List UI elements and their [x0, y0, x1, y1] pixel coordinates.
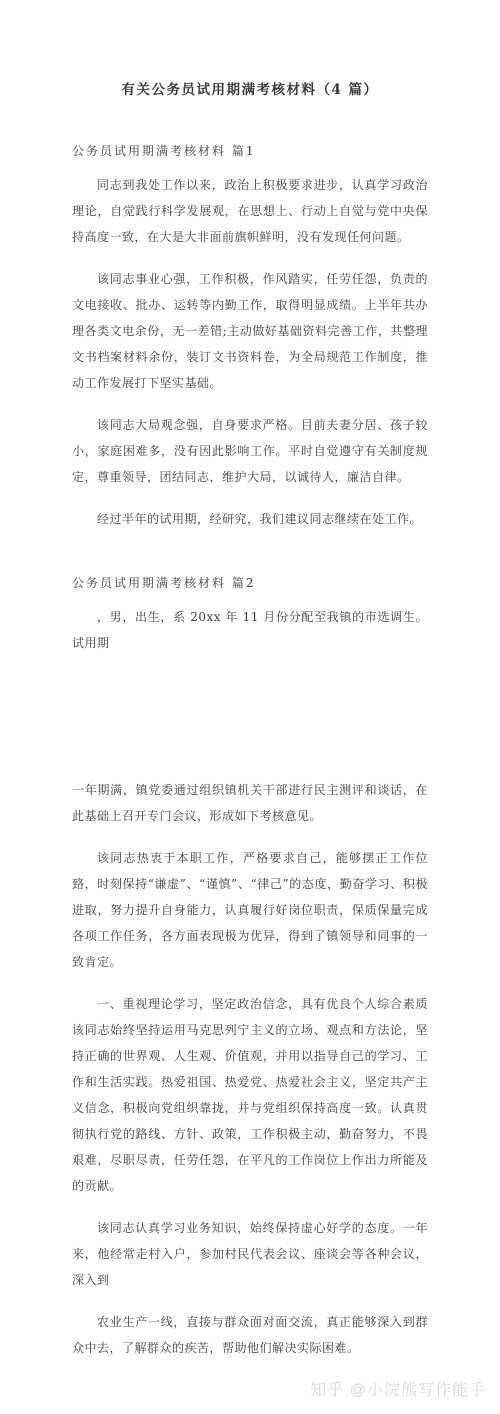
paragraph: 同志到我处工作以来，政治上积极要求进步，认真学习政治理论，自觉践行科学发展观，在…: [72, 172, 428, 250]
paragraph: 经过半年的试用期，经研究，我们建议同志继续在处工作。: [72, 506, 428, 532]
paragraph: 该同志事业心强，工作积极，作风踏实，任劳任怨，负责的文电接收、批办、运转等内勤工…: [72, 266, 428, 396]
paragraph: 该同志大局观念强，自身要求严格。目前夫妻分居、孩子较小，家庭困难多，没有因此影响…: [72, 412, 428, 490]
section-heading: 公务员试用期满考核材料 篇2: [72, 572, 428, 594]
paragraph: 该同志热衷于本职工作，严格要求自己，能够摆正工作位臵，时刻保持“谦虚”、“谨慎”…: [72, 845, 428, 975]
paragraph: 一年期满，镇党委通过组织镇机关干部进行民主测评和谈话，在此基础上召开专门会议，形…: [72, 777, 428, 829]
watermark: 知乎 @小浣熊写作能手: [310, 1377, 486, 1400]
paragraph: 一、重视理论学习，坚定政治信念，具有优良个人综合素质 该同志始终坚持运用马克思列…: [72, 991, 428, 1199]
document-body: 公务员试用期满考核材料 篇1同志到我处工作以来，政治上积极要求进步，认真学习政治…: [72, 140, 428, 1361]
page-title: 有关公务员试用期满考核材料（4 篇）: [72, 80, 428, 100]
page-break-gap: [72, 672, 428, 767]
section-heading: 公务员试用期满考核材料 篇1: [72, 140, 428, 162]
paragraph: ，男，出生，系 20xx 年 11 月份分配至我镇的市选调生。试用期: [72, 604, 428, 656]
paragraph: 农业生产一线，直接与群众面对面交流，真正能够深入到群众中去，了解群众的疾苦，帮助…: [72, 1309, 428, 1361]
document-page: 有关公务员试用期满考核材料（4 篇） 公务员试用期满考核材料 篇1同志到我处工作…: [0, 0, 500, 1361]
paragraph: 该同志认真学习业务知识，始终保持虚心好学的态度。一年来，他经常走村入户，参加村民…: [72, 1215, 428, 1293]
